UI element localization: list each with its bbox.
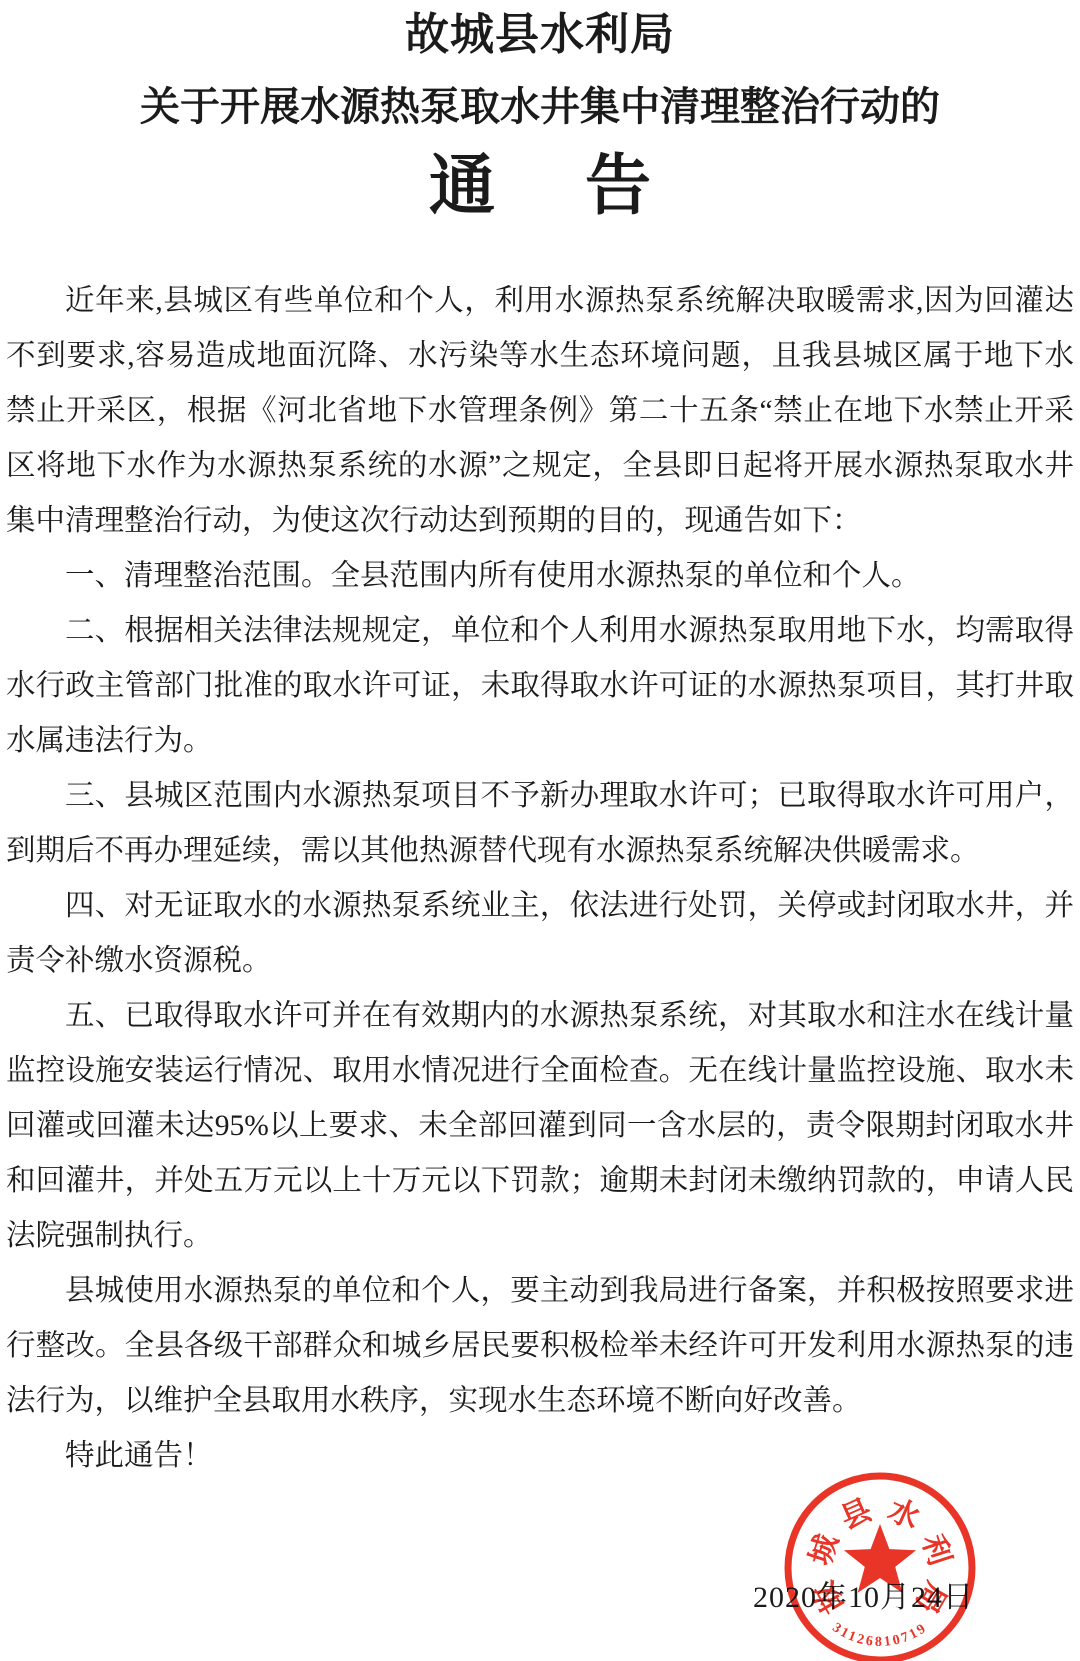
seal-char: 故 bbox=[808, 1576, 852, 1618]
seal-char: 利 bbox=[915, 1530, 957, 1569]
seal-char: 城 bbox=[804, 1531, 845, 1570]
org-title: 故城县水利局 bbox=[0, 0, 1080, 60]
official-seal: 故 城 县 水 利 局 1311268107199 bbox=[780, 1468, 980, 1661]
notice-paragraph: 三、县城区范围内水源热泵项目不予新办理取水许可；已取得取水许可用户，到期后不再办… bbox=[6, 769, 1074, 879]
notice-paragraph: 县城使用水源热泵的单位和个人，要主动到我局进行备案，并积极按照要求进行整改。全县… bbox=[6, 1264, 1074, 1429]
seal-char: 县 bbox=[836, 1493, 877, 1535]
seal-char: 局 bbox=[909, 1576, 953, 1618]
notice-document-page: 故城县水利局 关于开展水源热泵取水井集中清理整治行动的 通告 近年来,县城区有些… bbox=[0, 0, 1080, 1661]
notice-paragraph: 近年来,县城区有些单位和个人，利用水源热泵系统解决取暖需求,因为回灌达不到要求,… bbox=[6, 274, 1074, 549]
seal-char: 水 bbox=[883, 1493, 924, 1535]
notice-body: 近年来,县城区有些单位和个人，利用水源热泵系统解决取暖需求,因为回灌达不到要求,… bbox=[0, 274, 1080, 1484]
notice-type-title: 通告 bbox=[0, 146, 1080, 228]
notice-paragraph: 四、对无证取水的水源热泵系统业主，依法进行处罚，关停或封闭取水井，并责令补缴水资… bbox=[6, 879, 1074, 989]
notice-paragraph: 二、根据相关法律法规规定，单位和个人利用水源热泵取用地下水，均需取得水行政主管部… bbox=[6, 604, 1074, 769]
star-icon bbox=[844, 1524, 916, 1593]
notice-paragraph: 一、清理整治范围。全县范围内所有使用水源热泵的单位和个人。 bbox=[6, 549, 1074, 604]
subject-line: 关于开展水源热泵取水井集中清理整治行动的 bbox=[0, 84, 1080, 130]
notice-paragraph: 五、已取得取水许可并在有效期内的水源热泵系统，对其取水和注水在线计量监控设施安装… bbox=[6, 989, 1074, 1264]
